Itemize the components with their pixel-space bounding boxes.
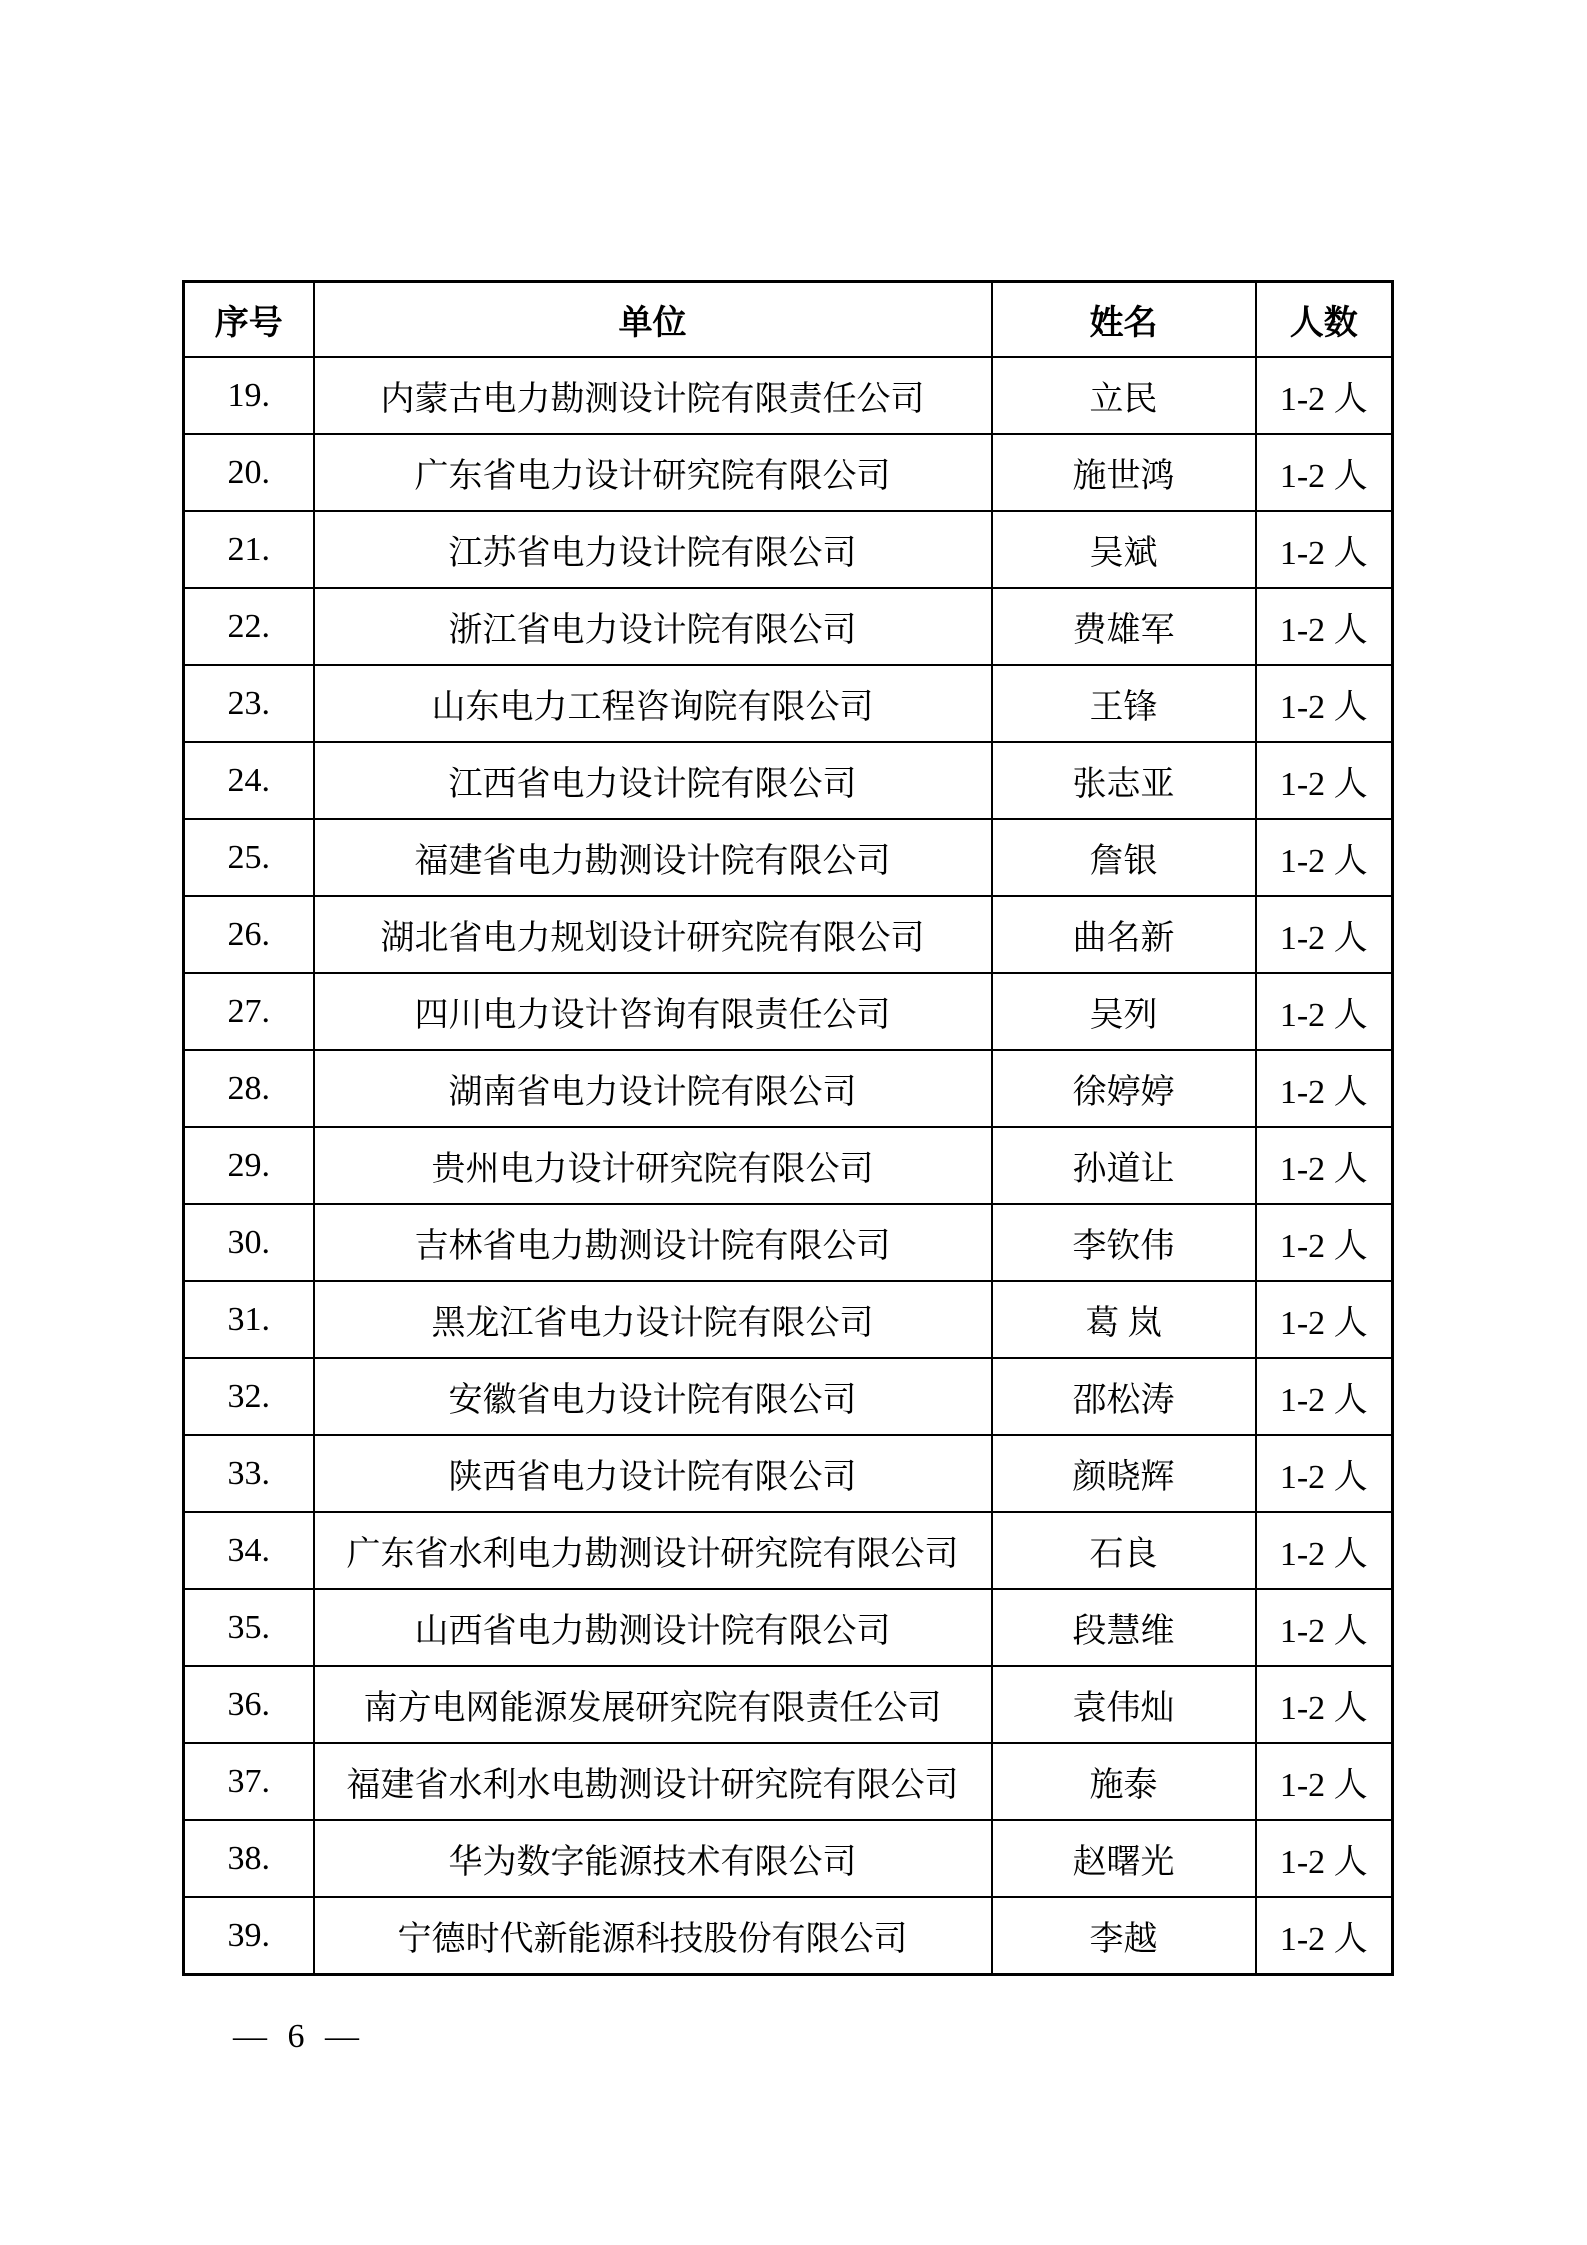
table-row: 27.四川电力设计咨询有限责任公司吴列1-2 人 <box>184 973 1393 1050</box>
cell-count: 1-2 人 <box>1256 896 1393 973</box>
cell-name: 王锋 <box>992 665 1256 742</box>
cell-unit: 江苏省电力设计院有限公司 <box>314 511 992 588</box>
cell-unit: 宁德时代新能源科技股份有限公司 <box>314 1897 992 1975</box>
cell-unit: 陕西省电力设计院有限公司 <box>314 1435 992 1512</box>
cell-index: 25. <box>184 819 314 896</box>
table-row: 37.福建省水利水电勘测设计研究院有限公司施泰1-2 人 <box>184 1743 1393 1820</box>
table-row: 38.华为数字能源技术有限公司赵曙光1-2 人 <box>184 1820 1393 1897</box>
cell-unit: 南方电网能源发展研究院有限责任公司 <box>314 1666 992 1743</box>
cell-name: 葛 岚 <box>992 1281 1256 1358</box>
cell-name: 赵曙光 <box>992 1820 1256 1897</box>
page-number: — 6 — <box>233 2018 365 2056</box>
cell-count: 1-2 人 <box>1256 1820 1393 1897</box>
cell-index: 29. <box>184 1127 314 1204</box>
cell-unit: 福建省电力勘测设计院有限公司 <box>314 819 992 896</box>
cell-name: 张志亚 <box>992 742 1256 819</box>
cell-name: 吴斌 <box>992 511 1256 588</box>
cell-count: 1-2 人 <box>1256 819 1393 896</box>
table-row: 33.陕西省电力设计院有限公司颜晓辉1-2 人 <box>184 1435 1393 1512</box>
table-row: 22.浙江省电力设计院有限公司费雄军1-2 人 <box>184 588 1393 665</box>
cell-index: 36. <box>184 1666 314 1743</box>
cell-count: 1-2 人 <box>1256 1666 1393 1743</box>
table-row: 21.江苏省电力设计院有限公司吴斌1-2 人 <box>184 511 1393 588</box>
cell-unit: 湖南省电力设计院有限公司 <box>314 1050 992 1127</box>
table-row: 39.宁德时代新能源科技股份有限公司李越1-2 人 <box>184 1897 1393 1975</box>
cell-name: 李钦伟 <box>992 1204 1256 1281</box>
table-row: 24.江西省电力设计院有限公司张志亚1-2 人 <box>184 742 1393 819</box>
cell-index: 26. <box>184 896 314 973</box>
cell-index: 22. <box>184 588 314 665</box>
cell-index: 23. <box>184 665 314 742</box>
cell-index: 34. <box>184 1512 314 1589</box>
table-row: 19.内蒙古电力勘测设计院有限责任公司立民1-2 人 <box>184 357 1393 434</box>
cell-name: 李越 <box>992 1897 1256 1975</box>
column-header-index: 序号 <box>184 282 314 358</box>
table-row: 29.贵州电力设计研究院有限公司孙道让1-2 人 <box>184 1127 1393 1204</box>
cell-unit: 山西省电力勘测设计院有限公司 <box>314 1589 992 1666</box>
cell-index: 38. <box>184 1820 314 1897</box>
cell-name: 石良 <box>992 1512 1256 1589</box>
column-header-unit: 单位 <box>314 282 992 358</box>
cell-index: 32. <box>184 1358 314 1435</box>
cell-count: 1-2 人 <box>1256 1358 1393 1435</box>
cell-unit: 内蒙古电力勘测设计院有限责任公司 <box>314 357 992 434</box>
cell-count: 1-2 人 <box>1256 1743 1393 1820</box>
cell-unit: 广东省水利电力勘测设计研究院有限公司 <box>314 1512 992 1589</box>
cell-count: 1-2 人 <box>1256 1435 1393 1512</box>
cell-unit: 福建省水利水电勘测设计研究院有限公司 <box>314 1743 992 1820</box>
cell-count: 1-2 人 <box>1256 973 1393 1050</box>
cell-index: 28. <box>184 1050 314 1127</box>
roster-table: 序号 单位 姓名 人数 19.内蒙古电力勘测设计院有限责任公司立民1-2 人20… <box>182 280 1394 1976</box>
cell-index: 33. <box>184 1435 314 1512</box>
cell-count: 1-2 人 <box>1256 357 1393 434</box>
table-row: 28.湖南省电力设计院有限公司徐婷婷1-2 人 <box>184 1050 1393 1127</box>
cell-count: 1-2 人 <box>1256 1204 1393 1281</box>
table-row: 31.黑龙江省电力设计院有限公司葛 岚1-2 人 <box>184 1281 1393 1358</box>
cell-unit: 浙江省电力设计院有限公司 <box>314 588 992 665</box>
cell-count: 1-2 人 <box>1256 1512 1393 1589</box>
cell-index: 20. <box>184 434 314 511</box>
table-row: 36.南方电网能源发展研究院有限责任公司袁伟灿1-2 人 <box>184 1666 1393 1743</box>
cell-count: 1-2 人 <box>1256 511 1393 588</box>
cell-index: 27. <box>184 973 314 1050</box>
cell-count: 1-2 人 <box>1256 1589 1393 1666</box>
cell-count: 1-2 人 <box>1256 1897 1393 1975</box>
cell-count: 1-2 人 <box>1256 665 1393 742</box>
cell-unit: 四川电力设计咨询有限责任公司 <box>314 973 992 1050</box>
cell-count: 1-2 人 <box>1256 588 1393 665</box>
cell-count: 1-2 人 <box>1256 1050 1393 1127</box>
header-row: 序号 单位 姓名 人数 <box>184 282 1393 358</box>
table-row: 30.吉林省电力勘测设计院有限公司李钦伟1-2 人 <box>184 1204 1393 1281</box>
cell-name: 孙道让 <box>992 1127 1256 1204</box>
document-page: { "table": { "headers": { "index": "序号",… <box>0 0 1587 2245</box>
cell-unit: 吉林省电力勘测设计院有限公司 <box>314 1204 992 1281</box>
cell-name: 袁伟灿 <box>992 1666 1256 1743</box>
cell-unit: 山东电力工程咨询院有限公司 <box>314 665 992 742</box>
cell-unit: 湖北省电力规划设计研究院有限公司 <box>314 896 992 973</box>
table-row: 32.安徽省电力设计院有限公司邵松涛1-2 人 <box>184 1358 1393 1435</box>
cell-index: 19. <box>184 357 314 434</box>
cell-count: 1-2 人 <box>1256 1127 1393 1204</box>
column-header-name: 姓名 <box>992 282 1256 358</box>
table-row: 26.湖北省电力规划设计研究院有限公司曲名新1-2 人 <box>184 896 1393 973</box>
cell-count: 1-2 人 <box>1256 1281 1393 1358</box>
cell-name: 施世鸿 <box>992 434 1256 511</box>
cell-name: 颜晓辉 <box>992 1435 1256 1512</box>
table-row: 25.福建省电力勘测设计院有限公司詹银1-2 人 <box>184 819 1393 896</box>
cell-name: 段慧维 <box>992 1589 1256 1666</box>
cell-count: 1-2 人 <box>1256 742 1393 819</box>
roster-table-body: 19.内蒙古电力勘测设计院有限责任公司立民1-2 人20.广东省电力设计研究院有… <box>184 357 1393 1975</box>
cell-unit: 广东省电力设计研究院有限公司 <box>314 434 992 511</box>
roster-table-header: 序号 单位 姓名 人数 <box>184 282 1393 358</box>
table-row: 23.山东电力工程咨询院有限公司王锋1-2 人 <box>184 665 1393 742</box>
cell-name: 费雄军 <box>992 588 1256 665</box>
cell-name: 詹银 <box>992 819 1256 896</box>
cell-unit: 黑龙江省电力设计院有限公司 <box>314 1281 992 1358</box>
table-row: 34.广东省水利电力勘测设计研究院有限公司石良1-2 人 <box>184 1512 1393 1589</box>
cell-name: 曲名新 <box>992 896 1256 973</box>
cell-unit: 贵州电力设计研究院有限公司 <box>314 1127 992 1204</box>
cell-index: 35. <box>184 1589 314 1666</box>
column-header-count: 人数 <box>1256 282 1393 358</box>
cell-index: 31. <box>184 1281 314 1358</box>
cell-name: 立民 <box>992 357 1256 434</box>
cell-name: 徐婷婷 <box>992 1050 1256 1127</box>
cell-name: 邵松涛 <box>992 1358 1256 1435</box>
cell-name: 施泰 <box>992 1743 1256 1820</box>
table-row: 20.广东省电力设计研究院有限公司施世鸿1-2 人 <box>184 434 1393 511</box>
cell-unit: 江西省电力设计院有限公司 <box>314 742 992 819</box>
table-row: 35.山西省电力勘测设计院有限公司段慧维1-2 人 <box>184 1589 1393 1666</box>
cell-count: 1-2 人 <box>1256 434 1393 511</box>
cell-index: 30. <box>184 1204 314 1281</box>
cell-index: 37. <box>184 1743 314 1820</box>
cell-name: 吴列 <box>992 973 1256 1050</box>
cell-index: 39. <box>184 1897 314 1975</box>
cell-index: 21. <box>184 511 314 588</box>
cell-unit: 华为数字能源技术有限公司 <box>314 1820 992 1897</box>
cell-unit: 安徽省电力设计院有限公司 <box>314 1358 992 1435</box>
cell-index: 24. <box>184 742 314 819</box>
